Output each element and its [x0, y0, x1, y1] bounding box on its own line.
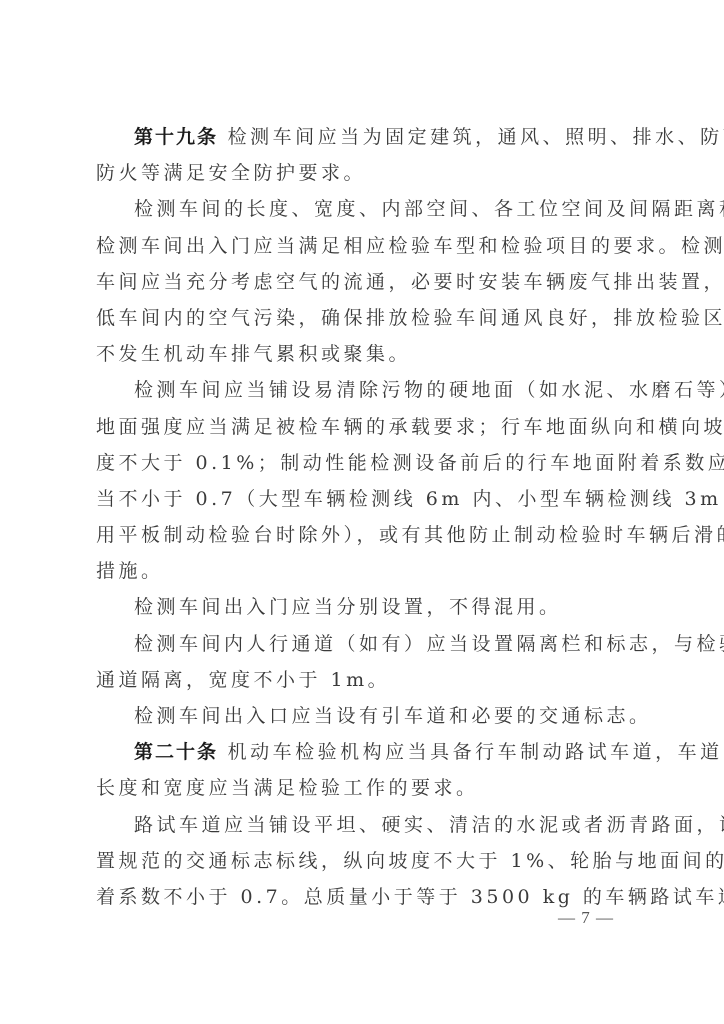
paragraph-line: 低车间内的空气污染，确保排放检验车间通风良好，排放检验区域: [96, 300, 632, 336]
paragraph-line: 检测车间的长度、宽度、内部空间、各工位空间及间隔距离和: [96, 191, 632, 227]
article-19-line-1: 第十九条 检测车间应当为固定建筑，通风、照明、排水、防雨、: [96, 119, 632, 155]
article-20-line-1: 第二十条 机动车检验机构应当具备行车制动路试车道，车道: [96, 734, 632, 770]
document-body: 第十九条 检测车间应当为固定建筑，通风、照明、排水、防雨、 防火等满足安全防护要…: [96, 119, 632, 915]
paragraph-line: 检测车间内人行通道（如有）应当设置隔离栏和标志，与检验: [96, 626, 632, 662]
paragraph-line: 措施。: [96, 553, 632, 589]
paragraph-line: 通道隔离，宽度不小于 1m。: [96, 662, 632, 698]
paragraph-line: 度不大于 0.1%；制动性能检测设备前后的行车地面附着系数应: [96, 445, 632, 481]
paragraph-line: 用平板制动检验台时除外），或有其他防止制动检验时车辆后滑的: [96, 517, 632, 553]
article-19-line-2: 防火等满足安全防护要求。: [96, 155, 632, 191]
paragraph-line: 着系数不小于 0.7。总质量小于等于 3500 kg 的车辆路试车道，有: [96, 879, 632, 915]
article-19-heading: 第十九条: [134, 126, 218, 148]
paragraph-line: 检测车间出入门应当分别设置，不得混用。: [96, 589, 632, 625]
document-page: 第十九条 检测车间应当为固定建筑，通风、照明、排水、防雨、 防火等满足安全防护要…: [0, 0, 724, 1024]
paragraph-line: 检测车间应当铺设易清除污物的硬地面（如水泥、水磨石等），: [96, 372, 632, 408]
paragraph-line: 不发生机动车排气累积或聚集。: [96, 336, 632, 372]
paragraph-line: 检测车间出入口应当设有引车道和必要的交通标志。: [96, 698, 632, 734]
paragraph-line: 地面强度应当满足被检车辆的承载要求；行车地面纵向和横向坡: [96, 409, 632, 445]
article-20-heading: 第二十条: [134, 741, 218, 763]
paragraph-line: 车间应当充分考虑空气的流通，必要时安装车辆废气排出装置，降: [96, 264, 632, 300]
article-20-line-2: 长度和宽度应当满足检验工作的要求。: [96, 770, 632, 806]
page-number: — 7 —: [558, 908, 614, 928]
paragraph-line: 路试车道应当铺设平坦、硬实、清洁的水泥或者沥青路面，设: [96, 807, 632, 843]
paragraph-line: 置规范的交通标志标线，纵向坡度不大于 1%、轮胎与地面间的附: [96, 843, 632, 879]
paragraph-line: 当不小于 0.7（大型车辆检测线 6m 内、小型车辆检测线 3m 内，使: [96, 481, 632, 517]
paragraph-line: 检测车间出入门应当满足相应检验车型和检验项目的要求。检测: [96, 228, 632, 264]
